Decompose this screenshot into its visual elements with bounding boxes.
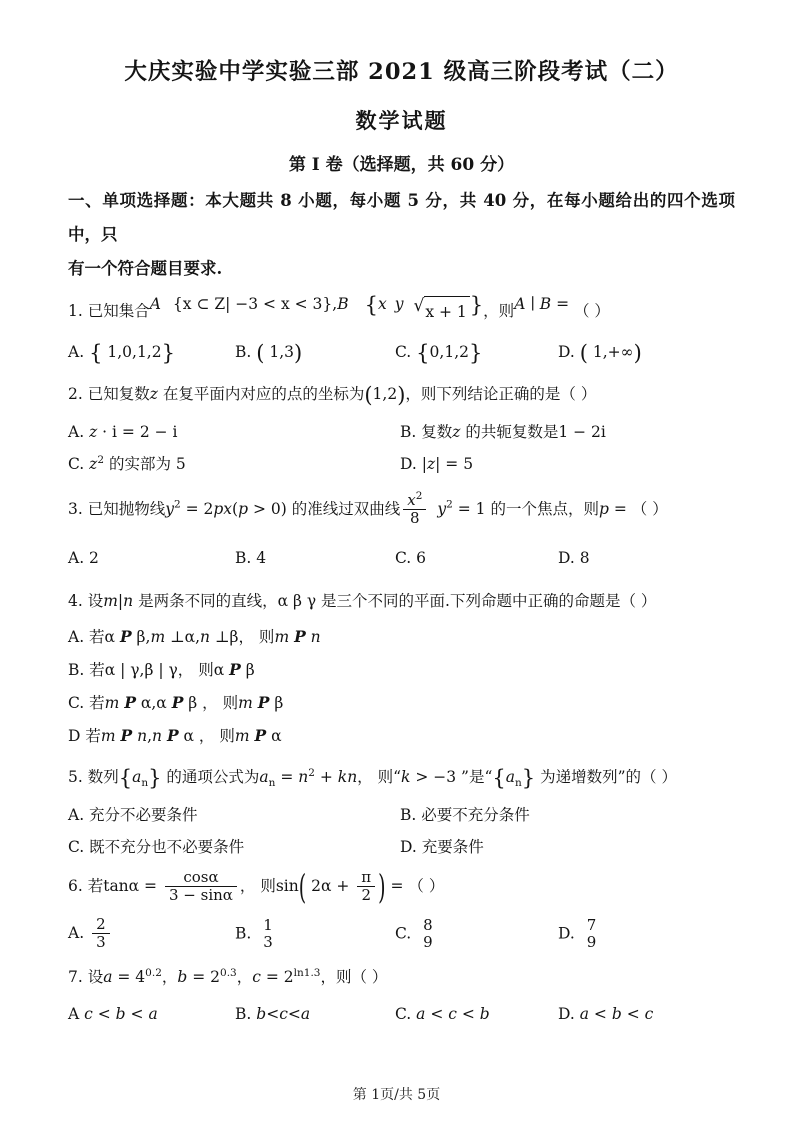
question-7-option-d: D. a < b < c bbox=[558, 1002, 735, 1026]
question-2-option-a: A. z · i = 2 − i bbox=[68, 420, 400, 444]
question-5-option-a: A. 充分不必要条件 bbox=[68, 803, 400, 827]
question-2-option-b: B. 复数z 的共轭复数是1 − 2i bbox=[400, 420, 735, 444]
question-6-option-a: A. 23 bbox=[68, 916, 235, 952]
question-7-option-c: C. a < c < b bbox=[395, 1002, 558, 1026]
question-4: 4. 设m|n 是两条不同的直线，α β γ 是三个不同的平面.下列命题中正确的… bbox=[68, 586, 735, 748]
question-1: 1. 已知集合A{x ⊂ Z| −3 < x < 3},B{xy√x + 1}，… bbox=[68, 296, 735, 365]
question-6-option-d: D. 79 bbox=[558, 917, 735, 952]
question-5-stem: 5. 数列{an} 的通项公式为an = n2 + kn， 则“k > −3 ”… bbox=[68, 762, 735, 793]
page-subtitle: 数学试题 bbox=[68, 105, 735, 135]
page-title: 大庆实验中学实验三部 2021 级高三阶段考试（二） bbox=[68, 54, 735, 86]
section-header: 第 I 卷（选择题，共 60 分） bbox=[68, 150, 735, 175]
question-4-option-a: A. 若α P β,m ⊥α,n ⊥β， 则m P n bbox=[68, 625, 735, 649]
question-2-stem: 2. 已知复数z 在复平面内对应的点的坐标为(1,2)，则下列结论正确的是（ ） bbox=[68, 379, 735, 410]
question-5-option-c: C. 既不充分也不必要条件 bbox=[68, 835, 400, 859]
question-1-option-a: A. { 1,0,1,2} bbox=[68, 340, 235, 365]
question-3-option-c: C. 6 bbox=[395, 546, 558, 570]
question-4-option-b: B. 若α | γ,β | γ， 则α P β bbox=[68, 658, 735, 682]
question-7-option-b: B. b<c<a bbox=[235, 1002, 395, 1026]
question-2-options: A. z · i = 2 − i B. 复数z 的共轭复数是1 − 2i C. … bbox=[68, 420, 735, 476]
question-3-option-d: D. 8 bbox=[558, 546, 735, 570]
question-1-options: A. { 1,0,1,2} B. ( 1,3) C. {0,1,2} D. ( … bbox=[68, 340, 735, 365]
question-6-option-b: B. 13 bbox=[235, 917, 395, 952]
question-5-option-d: D. 充要条件 bbox=[400, 835, 735, 859]
instructions-line1: 一、单项选择题：本大题共 8 小题，每小题 5 分，共 40 分，在每小题给出的… bbox=[68, 191, 735, 244]
question-5-option-b: B. 必要不充分条件 bbox=[400, 803, 735, 827]
question-1-option-d: D. ( 1,+∞) bbox=[558, 340, 735, 365]
exam-page: 大庆实验中学实验三部 2021 级高三阶段考试（二） 数学试题 第 I 卷（选择… bbox=[0, 0, 793, 1026]
instructions: 一、单项选择题：本大题共 8 小题，每小题 5 分，共 40 分，在每小题给出的… bbox=[68, 184, 735, 286]
question-7-options: A c < b < a B. b<c<a C. a < c < b D. a <… bbox=[68, 1002, 735, 1026]
page-footer: 第 1页/共 5页 bbox=[0, 1084, 793, 1104]
question-4-option-d: D 若m P n,n P α ， 则m P α bbox=[68, 724, 735, 748]
question-6: 6. 若tanα = cosα3 − sinα， 则sin( 2α + π2) … bbox=[68, 869, 735, 952]
instructions-line2: 有一个符合题目要求. bbox=[68, 259, 222, 278]
question-2-option-c: C. z2 的实部为 5 bbox=[68, 452, 400, 476]
question-3-options: A. 2 B. 4 C. 6 D. 8 bbox=[68, 546, 735, 570]
question-4-stem: 4. 设m|n 是两条不同的直线，α β γ 是三个不同的平面.下列命题中正确的… bbox=[68, 586, 735, 616]
question-7: 7. 设a = 40.2，b = 20.3，c = 2ln1.3，则（ ） A … bbox=[68, 962, 735, 1026]
question-2: 2. 已知复数z 在复平面内对应的点的坐标为(1,2)，则下列结论正确的是（ ）… bbox=[68, 379, 735, 476]
question-7-option-a: A c < b < a bbox=[68, 1002, 235, 1026]
question-6-options: A. 23 B. 13 C. 89 D. 79 bbox=[68, 916, 735, 952]
question-5-options: A. 充分不必要条件 B. 必要不充分条件 C. 既不充分也不必要条件 D. 充… bbox=[68, 803, 735, 859]
question-3-option-a: A. 2 bbox=[68, 546, 235, 570]
question-1-option-c: C. {0,1,2} bbox=[395, 340, 558, 365]
question-1-stem: 1. 已知集合A{x ⊂ Z| −3 < x < 3},B{xy√x + 1}，… bbox=[68, 296, 735, 334]
question-2-option-d: D. |z| = 5 bbox=[400, 452, 735, 476]
question-3-option-b: B. 4 bbox=[235, 546, 395, 570]
question-6-stem: 6. 若tanα = cosα3 − sinα， 则sin( 2α + π2) … bbox=[68, 869, 735, 905]
question-3: 3. 已知抛物线y2 = 2px(p > 0) 的准线过双曲线x28y2 = 1… bbox=[68, 492, 735, 570]
question-5: 5. 数列{an} 的通项公式为an = n2 + kn， 则“k > −3 ”… bbox=[68, 762, 735, 859]
question-4-option-c: C. 若m P α,α P β ， 则m P β bbox=[68, 691, 735, 715]
question-6-option-c: C. 89 bbox=[395, 917, 558, 952]
question-3-stem: 3. 已知抛物线y2 = 2px(p > 0) 的准线过双曲线x28y2 = 1… bbox=[68, 492, 735, 528]
question-7-stem: 7. 设a = 40.2，b = 20.3，c = 2ln1.3，则（ ） bbox=[68, 962, 735, 992]
question-1-option-b: B. ( 1,3) bbox=[235, 340, 395, 365]
